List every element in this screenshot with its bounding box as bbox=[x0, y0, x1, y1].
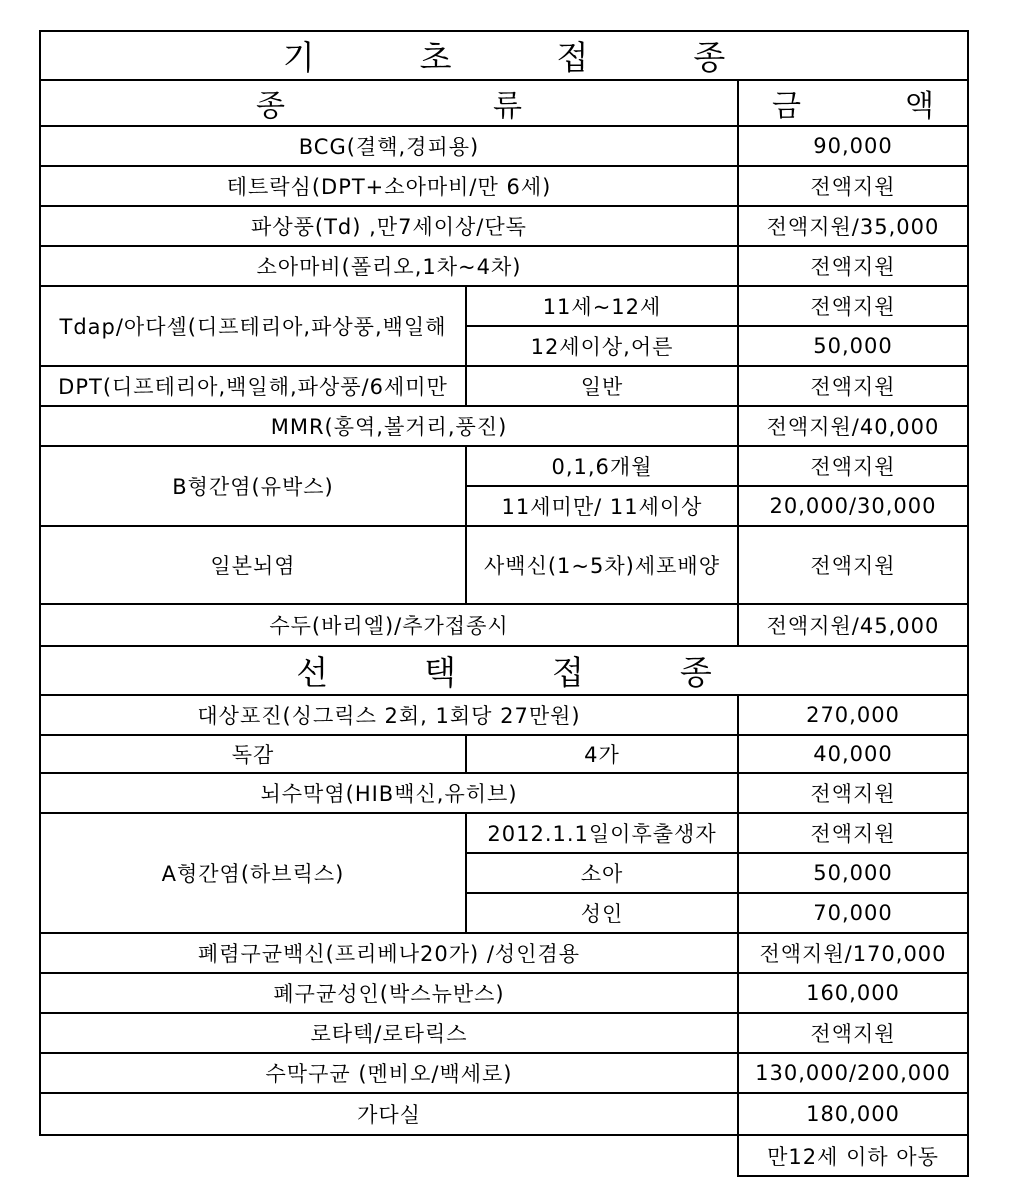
table-row: 로타텍/로타릭스 전액지원 bbox=[40, 1013, 968, 1053]
amount-cell: 전액지원/35,000 bbox=[738, 206, 968, 246]
optional-section-title-text: 선택접종 bbox=[296, 653, 808, 692]
vaccine-name-cell: 로타텍/로타릭스 bbox=[40, 1013, 738, 1053]
vaccine-name-cell: 수막구균 (멘비오/백세로) bbox=[40, 1053, 738, 1093]
amount-cell: 160,000 bbox=[738, 973, 968, 1013]
amount-cell: 180,000 bbox=[738, 1093, 968, 1135]
vaccine-name-cell: 뇌수막염(HIB백신,유히브) bbox=[40, 773, 738, 813]
age-group-cell: 0,1,6개월 bbox=[466, 446, 738, 486]
table-row: 가다실 180,000 bbox=[40, 1093, 968, 1135]
vaccine-name-cell: BCG(결핵,경피용) bbox=[40, 126, 738, 166]
amount-cell: 20,000/30,000 bbox=[738, 486, 968, 526]
vaccine-name-cell: 폐렴구균백신(프리베나20가) /성인겸용 bbox=[40, 933, 738, 973]
table-row: B형간염(유박스) 0,1,6개월 전액지원 bbox=[40, 446, 968, 486]
vaccination-price-sheet: 기초접종 종류 금액 BCG(결핵,경피용) 90,000 테트락심(DPT+소… bbox=[0, 0, 1010, 1175]
amount-cell: 전액지원/45,000 bbox=[738, 604, 968, 646]
amount-cell: 90,000 bbox=[738, 126, 968, 166]
table-row: 선택접종 bbox=[40, 646, 968, 695]
amount-cell: 전액지원 bbox=[738, 526, 968, 604]
amount-cell: 전액지원/170,000 bbox=[738, 933, 968, 973]
age-group-cell: 사백신(1~5차)세포배양 bbox=[466, 526, 738, 604]
vaccine-name-cell: A형간염(하브릭스) bbox=[40, 813, 466, 933]
vaccine-name-cell: MMR(홍역,볼거리,풍진) bbox=[40, 406, 738, 446]
vaccine-name-cell: 대상포진(싱그릭스 2회, 1회당 27만원) bbox=[40, 695, 738, 735]
table-row: 소아마비(폴리오,1차~4차) 전액지원 bbox=[40, 246, 968, 286]
column-header-amount: 금액 bbox=[738, 80, 968, 126]
age-group-cell: 일반 bbox=[466, 366, 738, 406]
amount-cell: 전액지원 bbox=[738, 286, 968, 326]
footer-note-cell: 만12세 이하 아동 bbox=[738, 1135, 968, 1176]
age-group-cell: 4가 bbox=[466, 735, 738, 773]
vaccine-name-cell: B형간염(유박스) bbox=[40, 446, 466, 526]
amount-cell: 70,000 bbox=[738, 893, 968, 933]
amount-cell: 40,000 bbox=[738, 735, 968, 773]
amount-cell: 전액지원 bbox=[738, 813, 968, 853]
table-row: 독감 4가 40,000 bbox=[40, 735, 968, 773]
amount-cell: 전액지원 bbox=[738, 166, 968, 206]
table-row: 만12세 이하 아동 bbox=[40, 1135, 968, 1176]
empty-cell bbox=[40, 1135, 738, 1176]
table-row: A형간염(하브릭스) 2012.1.1일이후출생자 전액지원 bbox=[40, 813, 968, 853]
table-row: 파상풍(Td) ,만7세이상/단독 전액지원/35,000 bbox=[40, 206, 968, 246]
vaccine-name-cell: 가다실 bbox=[40, 1093, 738, 1135]
vaccine-name-cell: DPT(디프테리아,백일해,파상풍/6세미만 bbox=[40, 366, 466, 406]
amount-cell: 130,000/200,000 bbox=[738, 1053, 968, 1093]
amount-cell: 전액지원 bbox=[738, 446, 968, 486]
table-row: BCG(결핵,경피용) 90,000 bbox=[40, 126, 968, 166]
vaccine-name-cell: Tdap/아다셀(디프테리아,파상풍,백일해 bbox=[40, 286, 466, 366]
vaccine-name-cell: 독감 bbox=[40, 735, 466, 773]
amount-cell: 전액지원 bbox=[738, 773, 968, 813]
table-row: 뇌수막염(HIB백신,유히브) 전액지원 bbox=[40, 773, 968, 813]
vaccination-price-table: 기초접종 종류 금액 BCG(결핵,경피용) 90,000 테트락심(DPT+소… bbox=[39, 30, 969, 1177]
table-row: MMR(홍역,볼거리,풍진) 전액지원/40,000 bbox=[40, 406, 968, 446]
amount-cell: 50,000 bbox=[738, 326, 968, 366]
table-row: 대상포진(싱그릭스 2회, 1회당 27만원) 270,000 bbox=[40, 695, 968, 735]
amount-cell: 전액지원 bbox=[738, 366, 968, 406]
table-row: 폐렴구균백신(프리베나20가) /성인겸용 전액지원/170,000 bbox=[40, 933, 968, 973]
vaccine-name-cell: 수두(바리엘)/추가접종시 bbox=[40, 604, 738, 646]
vaccine-name-cell: 일본뇌염 bbox=[40, 526, 466, 604]
age-group-cell: 11세미만/ 11세이상 bbox=[466, 486, 738, 526]
age-group-cell: 12세이상,어른 bbox=[466, 326, 738, 366]
table-row: DPT(디프테리아,백일해,파상풍/6세미만 일반 전액지원 bbox=[40, 366, 968, 406]
amount-cell: 전액지원/40,000 bbox=[738, 406, 968, 446]
basic-section-title-text: 기초접종 bbox=[283, 38, 831, 77]
table-row: 수막구균 (멘비오/백세로) 130,000/200,000 bbox=[40, 1053, 968, 1093]
vaccine-name-cell: 폐구균성인(박스뉴반스) bbox=[40, 973, 738, 1013]
basic-section-title: 기초접종 bbox=[40, 31, 968, 80]
column-header-type-text: 종류 bbox=[256, 89, 730, 124]
amount-cell: 270,000 bbox=[738, 695, 968, 735]
amount-cell: 전액지원 bbox=[738, 246, 968, 286]
table-row: 테트락심(DPT+소아마비/만 6세) 전액지원 bbox=[40, 166, 968, 206]
vaccine-name-cell: 테트락심(DPT+소아마비/만 6세) bbox=[40, 166, 738, 206]
vaccine-name-cell: 파상풍(Td) ,만7세이상/단독 bbox=[40, 206, 738, 246]
amount-cell: 50,000 bbox=[738, 853, 968, 893]
vaccine-name-cell: 소아마비(폴리오,1차~4차) bbox=[40, 246, 738, 286]
column-header-amount-text: 금액 bbox=[772, 89, 1010, 124]
amount-cell: 전액지원 bbox=[738, 1013, 968, 1053]
table-row: 폐구균성인(박스뉴반스) 160,000 bbox=[40, 973, 968, 1013]
age-group-cell: 11세~12세 bbox=[466, 286, 738, 326]
table-row: 종류 금액 bbox=[40, 80, 968, 126]
age-group-cell: 2012.1.1일이후출생자 bbox=[466, 813, 738, 853]
age-group-cell: 성인 bbox=[466, 893, 738, 933]
age-group-cell: 소아 bbox=[466, 853, 738, 893]
optional-section-title: 선택접종 bbox=[40, 646, 968, 695]
table-row: 수두(바리엘)/추가접종시 전액지원/45,000 bbox=[40, 604, 968, 646]
table-row: 기초접종 bbox=[40, 31, 968, 80]
table-row: 일본뇌염 사백신(1~5차)세포배양 전액지원 bbox=[40, 526, 968, 604]
column-header-type: 종류 bbox=[40, 80, 738, 126]
table-row: Tdap/아다셀(디프테리아,파상풍,백일해 11세~12세 전액지원 bbox=[40, 286, 968, 326]
